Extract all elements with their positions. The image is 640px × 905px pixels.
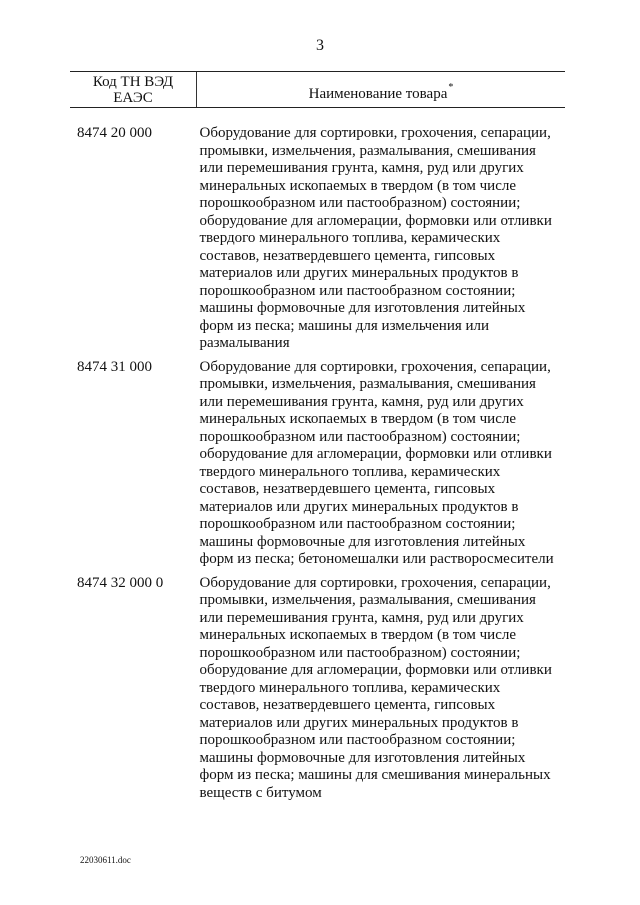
table-row: 8474 32 000 0Оборудование для сортировки…: [70, 575, 565, 803]
description-line: форм из песка; машины для измельчения ил…: [200, 318, 566, 336]
header-code-column: Код ТН ВЭД ЕАЭС: [70, 72, 197, 107]
description-line: Оборудование для сортировки, грохочения,…: [200, 575, 566, 593]
goods-description: Оборудование для сортировки, грохочения,…: [200, 575, 566, 803]
footer-filename: 22030611.doc: [80, 855, 131, 865]
table-body: 8474 20 000Оборудование для сортировки, …: [70, 108, 565, 802]
description-line: твердого минерального топлива, керамичес…: [200, 230, 566, 248]
description-line: машины формовочные для изготовления лите…: [200, 750, 566, 768]
description-line: оборудование для агломерации, формовки и…: [200, 213, 566, 231]
description-line: веществ с битумом: [200, 785, 566, 803]
description-line: минеральных ископаемых в твердом (в том …: [200, 178, 566, 196]
goods-description: Оборудование для сортировки, грохочения,…: [200, 359, 566, 569]
description-line: или перемешивания грунта, камня, руд или…: [200, 160, 566, 178]
goods-table: Код ТН ВЭД ЕАЭС Наименование товара* 847…: [70, 71, 565, 808]
description-line: порошкообразном или пастообразном состоя…: [200, 516, 566, 534]
description-line: твердого минерального топлива, керамичес…: [200, 680, 566, 698]
description-line: минеральных ископаемых в твердом (в том …: [200, 627, 566, 645]
description-line: минеральных ископаемых в твердом (в том …: [200, 411, 566, 429]
description-line: материалов или других минеральных продук…: [200, 499, 566, 517]
description-line: Оборудование для сортировки, грохочения,…: [200, 359, 566, 377]
hs-code: 8474 31 000: [70, 359, 200, 569]
goods-description: Оборудование для сортировки, грохочения,…: [200, 125, 566, 353]
description-line: твердого минерального топлива, керамичес…: [200, 464, 566, 482]
description-line: или перемешивания грунта, камня, руд или…: [200, 610, 566, 628]
description-line: промывки, измельчения, размалывания, сме…: [200, 143, 566, 161]
header-code-line1: Код ТН ВЭД: [70, 74, 196, 90]
description-line: материалов или других минеральных продук…: [200, 715, 566, 733]
description-line: составов, незатвердевшего цемента, гипсо…: [200, 248, 566, 266]
description-line: порошкообразном или пастообразном) состо…: [200, 645, 566, 663]
description-line: порошкообразном или пастообразном состоя…: [200, 283, 566, 301]
description-line: или перемешивания грунта, камня, руд или…: [200, 394, 566, 412]
description-line: форм из песка; бетономешалки или раствор…: [200, 551, 566, 569]
header-name-column: Наименование товара*: [197, 72, 565, 107]
hs-code: 8474 20 000: [70, 125, 200, 353]
header-name-label: Наименование товара: [309, 86, 448, 102]
table-row: 8474 20 000Оборудование для сортировки, …: [70, 125, 565, 353]
description-line: промывки, измельчения, размалывания, сме…: [200, 592, 566, 610]
description-line: машины формовочные для изготовления лите…: [200, 534, 566, 552]
description-line: порошкообразном или пастообразном) состо…: [200, 429, 566, 447]
description-line: порошкообразном или пастообразном) состо…: [200, 195, 566, 213]
description-line: материалов или других минеральных продук…: [200, 265, 566, 283]
description-line: порошкообразном или пастообразном состоя…: [200, 732, 566, 750]
description-line: размалывания: [200, 335, 566, 353]
description-line: составов, незатвердевшего цемента, гипсо…: [200, 697, 566, 715]
description-line: промывки, измельчения, размалывания, сме…: [200, 376, 566, 394]
description-line: форм из песка; машины для смешивания мин…: [200, 767, 566, 785]
description-line: Оборудование для сортировки, грохочения,…: [200, 125, 566, 143]
description-line: оборудование для агломерации, формовки и…: [200, 662, 566, 680]
description-line: составов, незатвердевшего цемента, гипсо…: [200, 481, 566, 499]
header-code-line2: ЕАЭС: [70, 90, 196, 106]
table-header: Код ТН ВЭД ЕАЭС Наименование товара*: [70, 71, 565, 108]
description-line: машины формовочные для изготовления лите…: [200, 300, 566, 318]
footnote-mark: *: [448, 82, 453, 93]
page-number: 3: [0, 37, 640, 55]
hs-code: 8474 32 000 0: [70, 575, 200, 803]
table-row: 8474 31 000Оборудование для сортировки, …: [70, 359, 565, 569]
description-line: оборудование для агломерации, формовки и…: [200, 446, 566, 464]
